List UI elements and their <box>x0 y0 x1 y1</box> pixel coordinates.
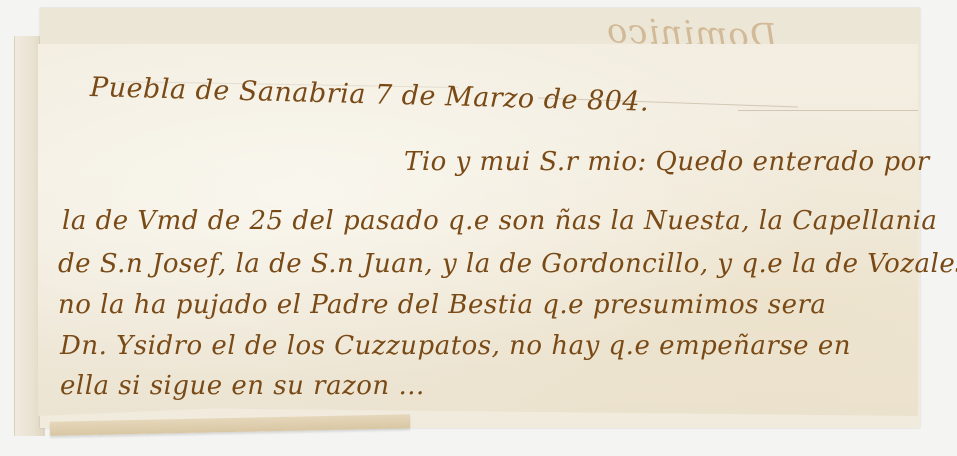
body-line: la de Vmd de 25 del pasado q.e son ñas … <box>62 206 937 236</box>
letter-salutation: Tio y mui S.r mio: Quedo enterado por <box>404 147 930 177</box>
paper-crease <box>738 110 918 111</box>
body-line: no la ha pujado el Padre del Bestia q.e … <box>58 290 826 320</box>
body-line: Dn. Ysidro el de los Cuzzupatos, no hay … <box>60 331 851 361</box>
body-line: de S.n Josef, la de S.n Juan, y la de Go… <box>58 249 957 279</box>
body-line: ella si sigue en su razon ... <box>60 371 425 401</box>
